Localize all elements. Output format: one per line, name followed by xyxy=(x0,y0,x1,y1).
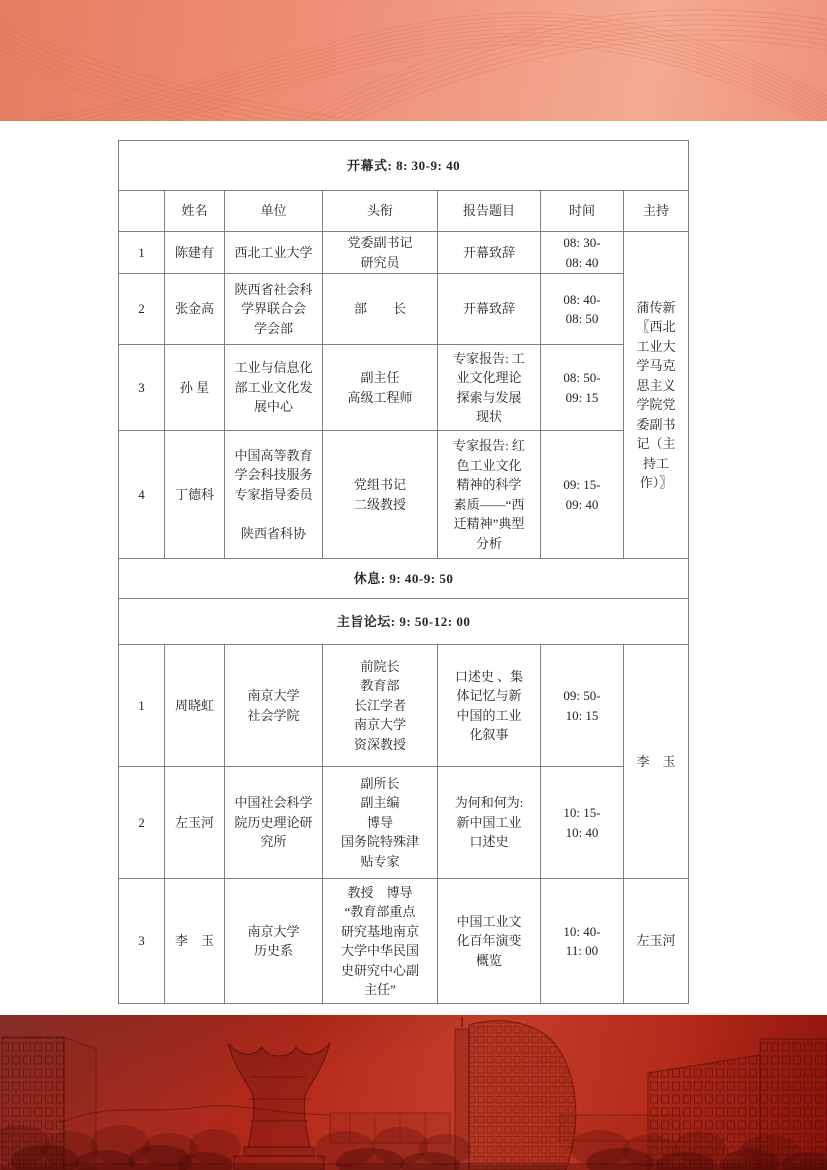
table-row: 4 丁德科 中国高等教育 学会科技服务 专家指导委员 陕西省科协 党组书记 二级… xyxy=(119,431,689,559)
row-number: 3 xyxy=(119,345,165,431)
campus-line-art xyxy=(0,1015,827,1170)
speaker-name: 左玉河 xyxy=(165,767,225,879)
table-row: 3 孙 星 工业与信息化 部工业文化发 展中心 副主任 高级工程师 专家报告: … xyxy=(119,345,689,431)
section-row-break: 休息: 9: 40-9: 50 xyxy=(119,559,689,599)
row-number: 1 xyxy=(119,645,165,767)
speaker-name: 李 玉 xyxy=(165,879,225,1004)
speaker-job-title: 教授 博导 “教育部重点 研究基地南京 大学中华民国 史研究中心副 主任” xyxy=(323,879,438,1004)
speaker-unit: 西北工业大学 xyxy=(225,232,323,274)
report-topic: 口述史 、集 体记忆与新 中国的工业 化叙事 xyxy=(438,645,541,767)
row-number: 2 xyxy=(119,767,165,879)
table-row: 1 陈建有 西北工业大学 党委副书记 研究员 开幕致辞 08: 30- 08: … xyxy=(119,232,689,274)
speaker-unit: 南京大学 历史系 xyxy=(225,879,323,1004)
section-title-opening: 开幕式: 8: 30-9: 40 xyxy=(119,141,689,191)
report-topic: 开幕致辞 xyxy=(438,232,541,274)
col-header-index xyxy=(119,191,165,232)
speaker-job-title: 部 长 xyxy=(323,274,438,345)
speaker-job-title: 前院长 教育部 长江学者 南京大学 资深教授 xyxy=(323,645,438,767)
speaker-name: 张金高 xyxy=(165,274,225,345)
speaker-unit: 工业与信息化 部工业文化发 展中心 xyxy=(225,345,323,431)
session-host: 李 玉 xyxy=(624,645,689,879)
speaker-job-title: 党委副书记 研究员 xyxy=(323,232,438,274)
report-topic: 专家报告: 工 业文化理论 探索与发展 现状 xyxy=(438,345,541,431)
table-row: 2 左玉河 中国社会科学 院历史理论研 究所 副所长 副主编 博导 国务院特殊津… xyxy=(119,767,689,879)
table-row: 2 张金高 陕西省社会科 学界联合会 学会部 部 长 开幕致辞 08: 40- … xyxy=(119,274,689,345)
speaker-name: 孙 星 xyxy=(165,345,225,431)
time-slot: 10: 40- 11: 00 xyxy=(541,879,624,1004)
speaker-name: 丁德科 xyxy=(165,431,225,559)
speaker-job-title: 副主任 高级工程师 xyxy=(323,345,438,431)
section-row-forum: 主旨论坛: 9: 50-12: 00 xyxy=(119,599,689,645)
report-topic: 为何和何为: 新中国工业 口述史 xyxy=(438,767,541,879)
speaker-unit: 南京大学 社会学院 xyxy=(225,645,323,767)
speaker-unit: 陕西省社会科 学界联合会 学会部 xyxy=(225,274,323,345)
report-topic: 开幕致辞 xyxy=(438,274,541,345)
col-header-topic: 报告题目 xyxy=(438,191,541,232)
col-header-time: 时间 xyxy=(541,191,624,232)
speaker-name: 陈建有 xyxy=(165,232,225,274)
table-row: 1 周晓虹 南京大学 社会学院 前院长 教育部 长江学者 南京大学 资深教授 口… xyxy=(119,645,689,767)
row-number: 4 xyxy=(119,431,165,559)
footer-campus-artwork xyxy=(0,1015,827,1170)
report-topic: 中国工业文 化百年演变 概览 xyxy=(438,879,541,1004)
curved-tower xyxy=(455,1017,576,1170)
session-host: 左玉河 xyxy=(624,879,689,1004)
time-slot: 08: 30- 08: 40 xyxy=(541,232,624,274)
col-header-host: 主持 xyxy=(624,191,689,232)
header-decorative-band xyxy=(0,0,827,121)
schedule-table: 开幕式: 8: 30-9: 40 姓名 单位 头衔 报告题目 时间 主持 1 陈… xyxy=(118,140,689,1004)
report-topic: 专家报告: 红 色工业文化 精神的科学 素质——“西 迁精神”典型 分析 xyxy=(438,431,541,559)
time-slot: 09: 50- 10: 15 xyxy=(541,645,624,767)
header-row: 姓名 单位 头衔 报告题目 时间 主持 xyxy=(119,191,689,232)
time-slot: 09: 15- 09: 40 xyxy=(541,431,624,559)
session-host: 蒲传新 〖西北 工业大 学马克 思主义 学院党 委副书 记（主 持工 作）〗 xyxy=(624,232,689,559)
time-slot: 08: 50- 09: 15 xyxy=(541,345,624,431)
col-header-title: 头衔 xyxy=(323,191,438,232)
col-header-name: 姓名 xyxy=(165,191,225,232)
section-row-opening: 开幕式: 8: 30-9: 40 xyxy=(119,141,689,191)
table-row: 3 李 玉 南京大学 历史系 教授 博导 “教育部重点 研究基地南京 大学中华民… xyxy=(119,879,689,1004)
col-header-unit: 单位 xyxy=(225,191,323,232)
time-slot: 10: 15- 10: 40 xyxy=(541,767,624,879)
speaker-job-title: 党组书记 二级教授 xyxy=(323,431,438,559)
row-number: 1 xyxy=(119,232,165,274)
time-slot: 08: 40- 08: 50 xyxy=(541,274,624,345)
wave-lines-art xyxy=(0,0,827,121)
speaker-unit: 中国高等教育 学会科技服务 专家指导委员 陕西省科协 xyxy=(225,431,323,559)
row-number: 2 xyxy=(119,274,165,345)
sculpture xyxy=(228,1043,330,1170)
section-title-break: 休息: 9: 40-9: 50 xyxy=(119,559,689,599)
row-number: 3 xyxy=(119,879,165,1004)
speaker-name: 周晓虹 xyxy=(165,645,225,767)
speaker-unit: 中国社会科学 院历史理论研 究所 xyxy=(225,767,323,879)
section-title-forum: 主旨论坛: 9: 50-12: 00 xyxy=(119,599,689,645)
speaker-job-title: 副所长 副主编 博导 国务院特殊津 贴专家 xyxy=(323,767,438,879)
